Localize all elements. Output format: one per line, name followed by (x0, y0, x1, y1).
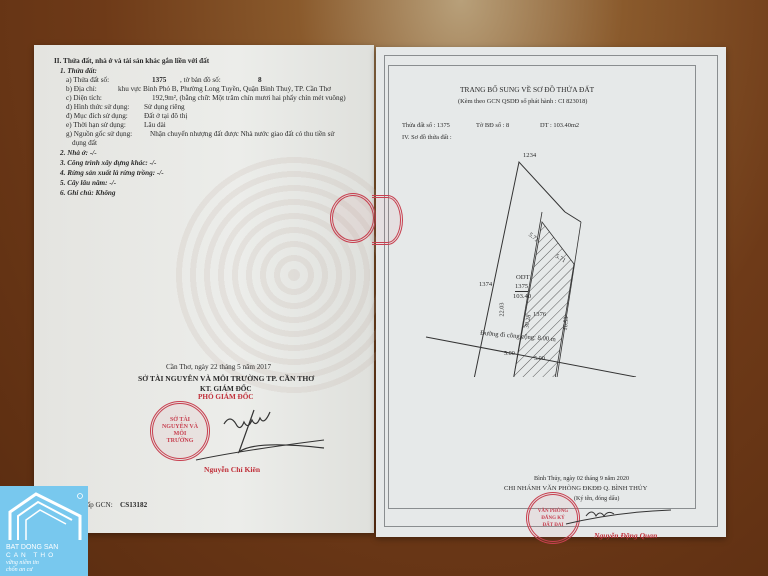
item-1-title: 1. Thửa đất: (60, 67, 97, 76)
parcel-diagram (416, 147, 696, 377)
parcel-label: a) Thửa đất số: (66, 76, 109, 85)
logo-line-1: BAT DONG SAN (6, 544, 58, 551)
term-label: e) Thời hạn sử dụng: (66, 121, 126, 130)
origin-label: g) Nguồn gốc sử dụng: (66, 130, 132, 139)
hatched-parcel: 1376 (533, 310, 546, 319)
land-type: ODT (516, 273, 530, 282)
red-seal-edge (330, 193, 376, 243)
edge-right: 16.53 (561, 316, 571, 331)
item-4: 4. Rừng sản xuất là rừng trồng: -/- (60, 169, 164, 178)
signer-name: Nguyễn Chí Kiên (204, 465, 260, 474)
edge-bottom-1: 5.00 (504, 349, 515, 358)
edge-bottom-2: 5.00 (534, 354, 545, 363)
logo-line-4: chốn an cư (6, 567, 33, 573)
supplement-title: TRANG BỔ SUNG VỀ SƠ ĐỒ THỬA ĐẤT (460, 85, 594, 94)
map-sheet-label: , tờ bản đồ số: (180, 76, 221, 85)
parcel-id-label: 1375 (515, 282, 528, 292)
item-2: 2. Nhà ở: -/- (60, 149, 97, 158)
area-label: c) Diện tích: (66, 94, 102, 103)
west-parcel: 1374 (479, 280, 492, 289)
item-3: 3. Công trình xây dựng khác: -/- (60, 159, 156, 168)
signature (184, 400, 334, 470)
area-value: 192,9m², (bằng chữ: Một trăm chín mươi h… (152, 94, 346, 103)
map-sheet: Tờ BĐ số : 8 (476, 121, 509, 130)
issue-date: Cần Thơ, ngày 22 tháng 5 năm 2017 (166, 363, 271, 372)
parcel-number: Thửa đất số : 1375 (402, 121, 450, 130)
logo-line-3: vững niềm tin (6, 560, 39, 566)
parcel-area-label: 103.40 (513, 292, 531, 301)
signature (556, 502, 676, 532)
item-6: 6. Ghi chú: Không (60, 189, 116, 198)
certificate-left-page: II. Thửa đất, nhà ở và tài sản khác gắn … (34, 45, 374, 533)
parcel-number: 1375 (152, 76, 166, 85)
gcn-number: CS13182 (120, 501, 147, 510)
supplement-subtitle: (Kèm theo GCN QSDĐ số phát hành : CI 823… (458, 97, 587, 106)
office-name: CHI NHÁNH VĂN PHÒNG ĐKĐĐ Q. BÌNH THỦY (504, 484, 647, 493)
red-seal-edge (372, 195, 403, 245)
purpose-value: Đất ở tại đô thị (144, 112, 187, 121)
address-value: khu vực Bình Phó B, Phường Long Tuyền, Q… (118, 85, 331, 94)
diagram-section: IV. Sơ đồ thửa đất : (402, 133, 452, 142)
origin-value-cont: dụng đất (72, 139, 97, 148)
signer-name: Nguyễn Đặng Quan (594, 531, 657, 540)
house-icon (6, 490, 84, 542)
supplement-date: Bình Thủy, ngày 02 tháng 9 năm 2020 (534, 474, 629, 483)
usage-form-label: d) Hình thức sử dụng: (66, 103, 129, 112)
watermark-logo: BAT DONG SAN CAN THO vững niềm tin chốn … (0, 486, 88, 576)
section-title: II. Thửa đất, nhà ở và tài sản khác gắn … (54, 57, 209, 66)
item-5: 5. Cây lâu năm: -/- (60, 179, 116, 188)
edge-left: 22.03 (497, 303, 506, 317)
usage-form-value: Sử dụng riêng (144, 103, 185, 112)
address-label: b) Địa chỉ: (66, 85, 97, 94)
purpose-label: đ) Mục đích sử dụng: (66, 112, 128, 121)
north-parcel: 1234 (523, 151, 536, 160)
logo-line-2: CAN THO (6, 552, 56, 559)
term-value: Lâu dài (144, 121, 166, 130)
parcel-area: DT : 103.40m2 (540, 121, 579, 130)
map-sheet-number: 8 (258, 76, 262, 85)
issuing-agency: SỞ TÀI NGUYÊN VÀ MÔI TRƯỜNG TP. CẦN THƠ (138, 374, 314, 383)
certificate-right-page: TRANG BỔ SUNG VỀ SƠ ĐỒ THỬA ĐẤT (Kèm the… (376, 47, 726, 537)
origin-value: Nhận chuyển nhượng đất được Nhà nước gia… (150, 130, 334, 139)
